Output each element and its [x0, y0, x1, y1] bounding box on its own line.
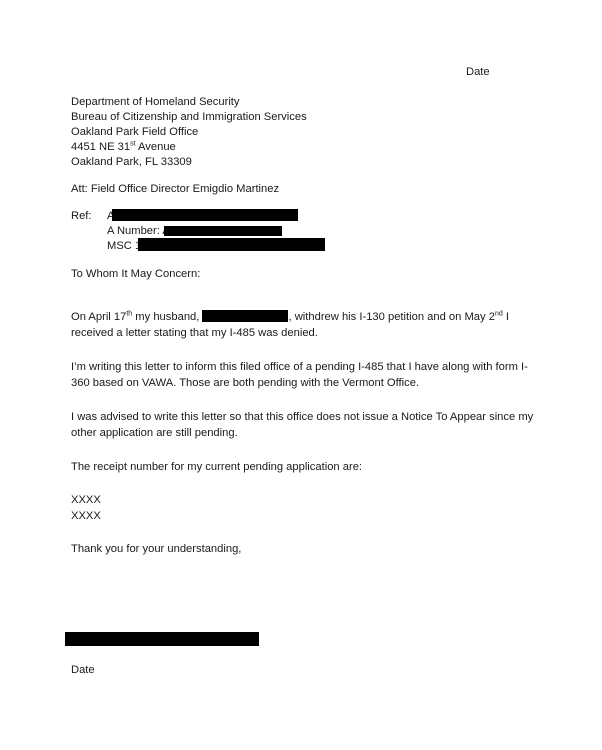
- paragraph-1-line-2: received a letter stating that my I-485 …: [71, 325, 318, 342]
- redaction-box: [202, 310, 288, 322]
- paragraph-4: The receipt number for my current pendin…: [71, 459, 362, 476]
- salutation: To Whom It May Concern:: [71, 266, 200, 283]
- redaction-box: [112, 209, 298, 221]
- redaction-box: [164, 226, 282, 236]
- ref-line-3: MSC 1: [107, 238, 141, 255]
- closing: Thank you for your understanding,: [71, 541, 241, 558]
- header-date: Date: [466, 64, 490, 81]
- ref-label: Ref:: [71, 208, 92, 225]
- attention-line: Att: Field Office Director Emigdio Marti…: [71, 181, 279, 198]
- recipient-line-5: Oakland Park, FL 33309: [71, 154, 192, 171]
- signature-redaction-box: [65, 632, 259, 646]
- paragraph-3-line-2: other application are still pending.: [71, 425, 238, 442]
- paragraph-3-line-1: I was advised to write this letter so th…: [71, 409, 533, 426]
- receipt-number-2: XXXX: [71, 508, 101, 525]
- redaction-box: [138, 238, 325, 251]
- paragraph-2-line-1: I’m writing this letter to inform this f…: [71, 359, 528, 376]
- receipt-number-1: XXXX: [71, 492, 101, 509]
- paragraph-1-line-1: On April 17th my husband, , withdrew his…: [71, 309, 509, 326]
- paragraph-2-line-2: 360 based on VAWA. Those are both pendin…: [71, 375, 419, 392]
- footer-date: Date: [71, 662, 95, 679]
